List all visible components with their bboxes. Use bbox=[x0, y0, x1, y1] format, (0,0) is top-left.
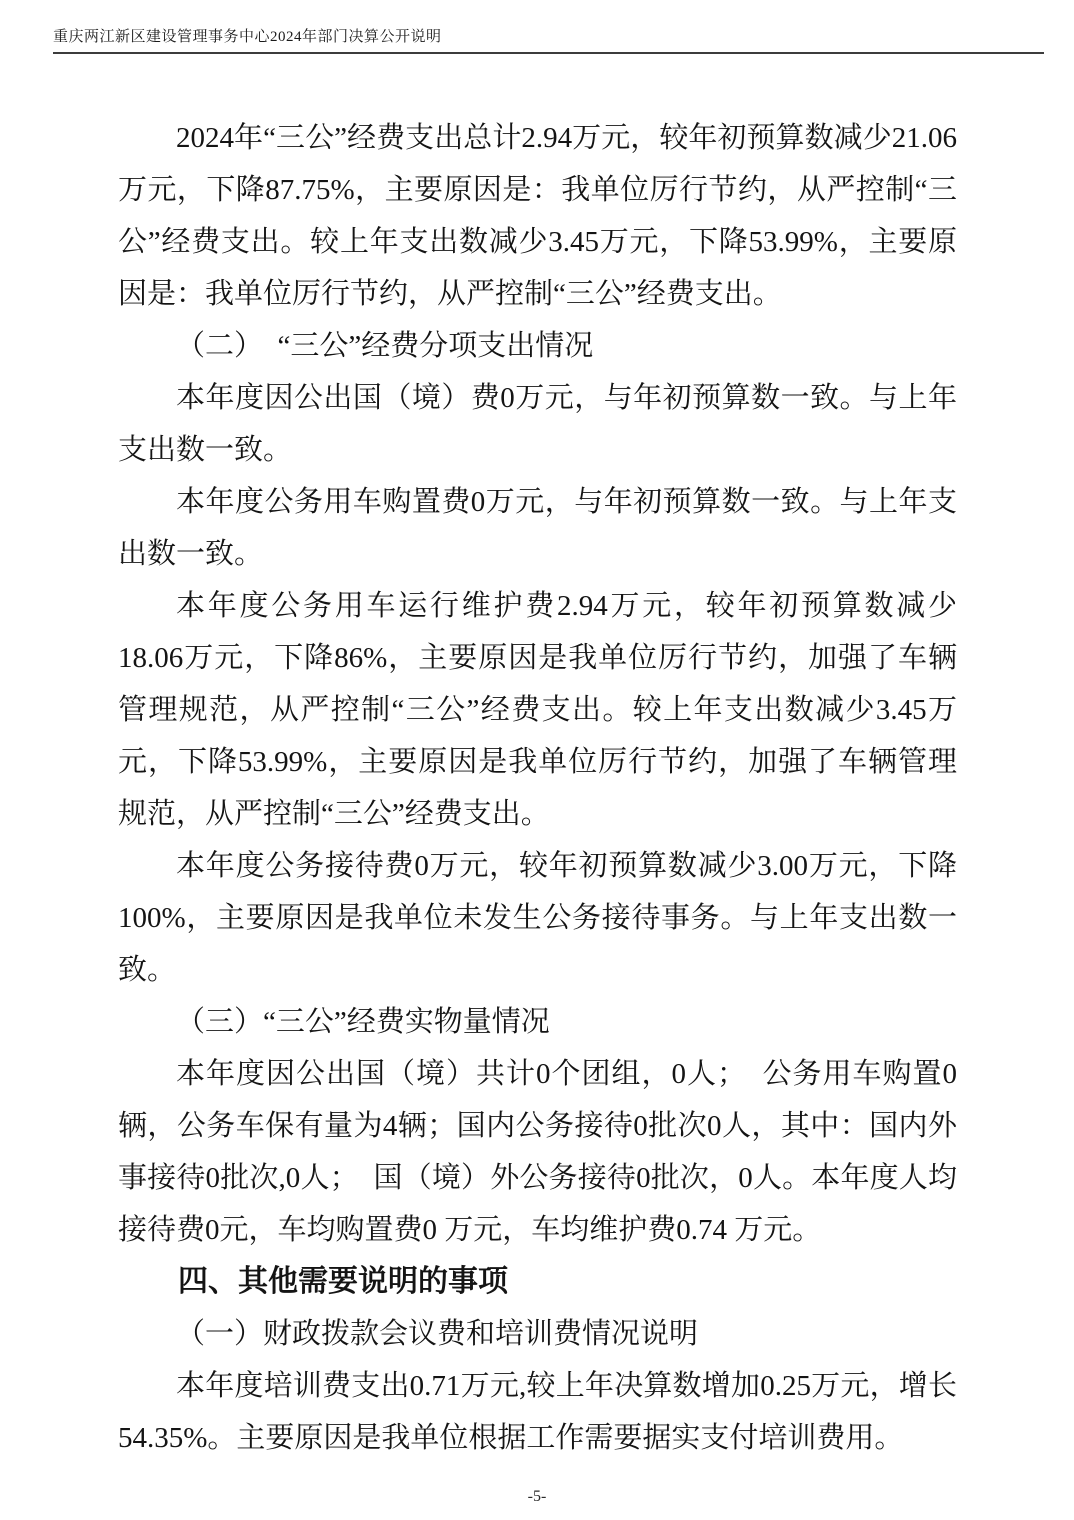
heading-sangong-item-breakdown: （二） “三公”经费分项支出情况 bbox=[118, 320, 957, 372]
heading-meeting-training-fee: （一）财政拨款会议费和培训费情况说明 bbox=[118, 1308, 957, 1360]
header-title: 重庆两江新区建设管理事务中心2024年部门决算公开说明 bbox=[53, 28, 1044, 46]
paragraph-vehicle-purchase-expense: 本年度公务用车购置费0万元，与年初预算数一致。与上年支出数一致。 bbox=[118, 476, 957, 580]
paragraph-abroad-expense: 本年度因公出国（境）费0万元，与年初预算数一致。与上年支出数一致。 bbox=[118, 372, 957, 476]
document-page: 重庆两江新区建设管理事务中心2024年部门决算公开说明 2024年“三公”经费支… bbox=[0, 0, 1074, 1520]
paragraph-physical-quantity-detail: 本年度因公出国（境）共计0个团组，0人； 公务用车购置0辆，公务车保有量为4辆；… bbox=[118, 1048, 957, 1256]
paragraph-training-fee: 本年度培训费支出0.71万元,较上年决算数增加0.25万元，增长54.35%。主… bbox=[118, 1360, 957, 1464]
page-number: -5- bbox=[528, 1488, 547, 1505]
heading-sangong-physical-quantity: （三）“三公”经费实物量情况 bbox=[118, 996, 957, 1048]
page-footer: -5- bbox=[0, 1488, 1074, 1506]
heading-other-matters: 四、其他需要说明的事项 bbox=[118, 1256, 957, 1308]
paragraph-vehicle-operation-expense: 本年度公务用车运行维护费2.94万元，较年初预算数减少18.06万元，下降86%… bbox=[118, 580, 957, 840]
paragraph-sangong-total-expense: 2024年“三公”经费支出总计2.94万元，较年初预算数减少21.06万元，下降… bbox=[118, 112, 957, 320]
paragraph-official-reception-expense: 本年度公务接待费0万元，较年初预算数减少3.00万元，下降100%，主要原因是我… bbox=[118, 840, 957, 996]
page-header: 重庆两江新区建设管理事务中心2024年部门决算公开说明 bbox=[53, 28, 1044, 54]
document-body: 2024年“三公”经费支出总计2.94万元，较年初预算数减少21.06万元，下降… bbox=[118, 112, 957, 1464]
